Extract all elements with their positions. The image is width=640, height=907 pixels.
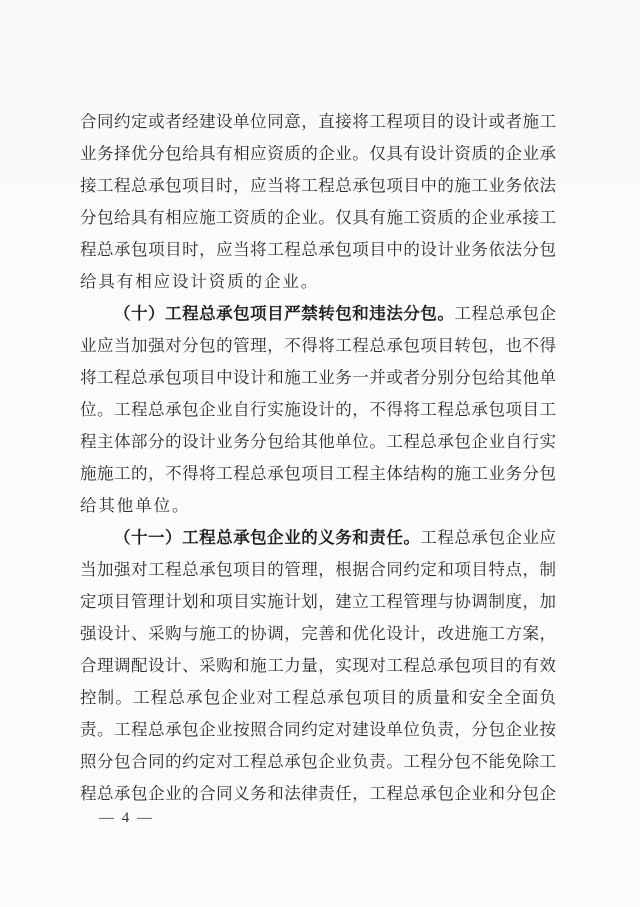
body-text: 合同约定或者经建设单位同意，直接将工程项目的设计或者施工 业务择优分包给具有相应… bbox=[80, 106, 556, 810]
text-line: 接工程总承包项目时，应当将工程总承包项目中的施工业务依法 bbox=[80, 170, 556, 202]
section-first-line: （十）工程总承包项目严禁转包和违法分包。工程总承包企 bbox=[80, 298, 556, 330]
text-line: 业务择优分包给具有相应资质的企业。仅具有设计资质的企业承 bbox=[80, 138, 556, 170]
text-run: 工程总承包企业应 bbox=[420, 528, 556, 547]
text-line: 强设计、采购与施工的协调，完善和优化设计，改进施工方案， bbox=[80, 618, 556, 650]
paragraph-continued: 合同约定或者经建设单位同意，直接将工程项目的设计或者施工 业务择优分包给具有相应… bbox=[80, 106, 556, 298]
text-line: 责。工程总承包企业按照合同约定对建设单位负责，分包企业按 bbox=[80, 714, 556, 746]
text-line: 当加强对工程总承包项目的管理，根据合同约定和项目特点，制 bbox=[80, 554, 556, 586]
text-line: 程总承包企业的合同义务和法律责任，工程总承包企业和分包企 bbox=[80, 778, 556, 810]
text-line: 定项目管理计划和项目实施计划，建立工程管理与协调制度，加 bbox=[80, 586, 556, 618]
text-line: 给具有相应设计资质的企业。 bbox=[80, 266, 556, 298]
document-page: 合同约定或者经建设单位同意，直接将工程项目的设计或者施工 业务择优分包给具有相应… bbox=[0, 0, 640, 907]
section-heading: （十一）工程总承包企业的义务和责任。 bbox=[114, 528, 420, 547]
text-line: 照分包合同的约定对工程总承包企业负责。工程分包不能免除工 bbox=[80, 746, 556, 778]
text-line: 给其他单位。 bbox=[80, 490, 556, 522]
text-line: 合同约定或者经建设单位同意，直接将工程项目的设计或者施工 bbox=[80, 106, 556, 138]
text-line: 分包给具有相应施工资质的企业。仅具有施工资质的企业承接工 bbox=[80, 202, 556, 234]
text-run: 工程总承包企 bbox=[454, 304, 556, 323]
text-line: 程主体部分的设计业务分包给其他单位。工程总承包企业自行实 bbox=[80, 426, 556, 458]
paragraph-section-10: （十）工程总承包项目严禁转包和违法分包。工程总承包企 业应当加强对分包的管理，不… bbox=[80, 298, 556, 522]
page-number: — 4 — bbox=[99, 810, 154, 827]
text-line: 施施工的，不得将工程总承包项目工程主体结构的施工业务分包 bbox=[80, 458, 556, 490]
text-line: 将工程总承包项目中设计和施工业务一并或者分别分包给其他单 bbox=[80, 362, 556, 394]
text-line: 业应当加强对分包的管理，不得将工程总承包项目转包，也不得 bbox=[80, 330, 556, 362]
text-line: 合理调配设计、采购和施工力量，实现对工程总承包项目的有效 bbox=[80, 650, 556, 682]
text-line: 控制。工程总承包企业对工程总承包项目的质量和安全全面负 bbox=[80, 682, 556, 714]
section-first-line: （十一）工程总承包企业的义务和责任。工程总承包企业应 bbox=[80, 522, 556, 554]
section-heading: （十）工程总承包项目严禁转包和违法分包。 bbox=[114, 304, 454, 323]
text-line: 位。工程总承包企业自行实施设计的，不得将工程总承包项目工 bbox=[80, 394, 556, 426]
text-line: 程总承包项目时，应当将工程总承包项目中的设计业务依法分包 bbox=[80, 234, 556, 266]
paragraph-section-11: （十一）工程总承包企业的义务和责任。工程总承包企业应 当加强对工程总承包项目的管… bbox=[80, 522, 556, 810]
